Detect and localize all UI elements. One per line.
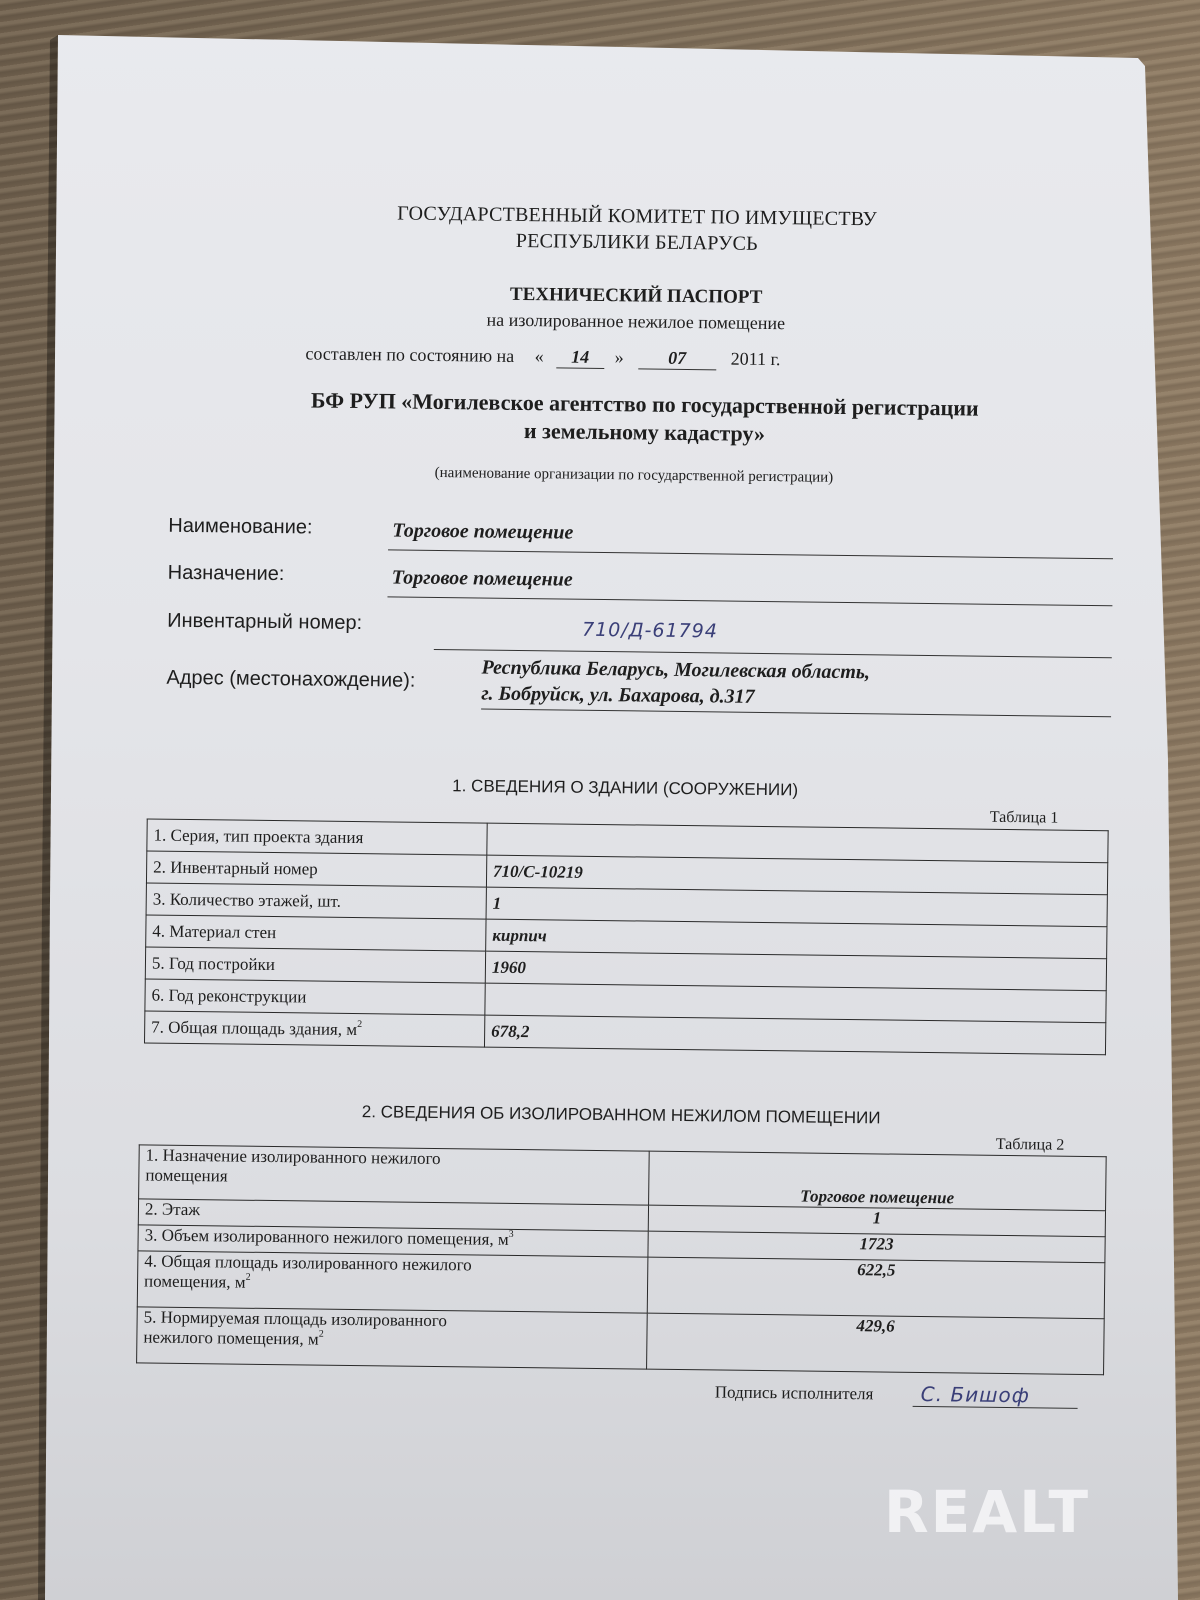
date-year: 2011 г. bbox=[731, 349, 781, 370]
table-1-caption: Таблица 1 bbox=[990, 809, 1059, 828]
row-label: 4. Общая площадь изолированного нежилого… bbox=[137, 1251, 648, 1313]
purpose-label: Назначение: bbox=[168, 562, 285, 586]
date-line: составлен по состоянию на « 14 » 07 2011… bbox=[305, 343, 780, 371]
table-row: 5. Нормируемая площадь изолированногонеж… bbox=[137, 1307, 1105, 1375]
row-label-text: 2. Инвентарный номер bbox=[153, 857, 318, 878]
organization-caption: (наименование организации по государстве… bbox=[304, 463, 964, 488]
realt-watermark-logo: REALT bbox=[884, 1478, 1090, 1546]
row-label-text: 5. Год постройки bbox=[152, 953, 275, 974]
row-value: 429,6 bbox=[647, 1313, 1105, 1375]
row-label-line-1: 2. Этаж bbox=[145, 1199, 642, 1225]
row-label-text: 3. Количество этажей, шт. bbox=[153, 889, 341, 910]
row-label-text: 6. Год реконструкции bbox=[151, 985, 306, 1006]
row-label: 6. Год реконструкции bbox=[145, 979, 485, 1015]
unit-exponent: 2 bbox=[357, 1019, 362, 1030]
unit-exponent: 2 bbox=[319, 1329, 324, 1340]
table-2-caption: Таблица 2 bbox=[996, 1136, 1065, 1155]
row-label-line-1: 3. Объем изолированного нежилого помещен… bbox=[145, 1225, 642, 1251]
document-content: ГОСУДАРСТВЕННЫЙ КОМИТЕТ ПО ИМУЩЕСТВУ РЕС… bbox=[0, 0, 1200, 1600]
row-label: 7. Общая площадь здания, м2 bbox=[144, 1011, 484, 1047]
purpose-field: Торговое помещение bbox=[387, 566, 1112, 606]
row-label: 1. Назначение изолированного нежилогопом… bbox=[139, 1145, 650, 1205]
address-label: Адрес (местонахождение): bbox=[166, 667, 415, 693]
purpose-value: Торговое помещение bbox=[392, 566, 573, 590]
signature-label: Подпись исполнителя bbox=[715, 1382, 874, 1404]
row-label-text: 7. Общая площадь здания, м bbox=[151, 1017, 357, 1039]
inventory-field: 710/Д-61794 bbox=[434, 615, 1112, 658]
section-2-title: 2. СВЕДЕНИЯ ОБ ИЗОЛИРОВАННОМ НЕЖИЛОМ ПОМ… bbox=[146, 1099, 1096, 1131]
date-day: 14 bbox=[556, 346, 604, 369]
row-label: 5. Нормируемая площадь изолированногонеж… bbox=[137, 1307, 648, 1369]
unit-exponent: 2 bbox=[246, 1272, 251, 1283]
date-open-quote: « bbox=[535, 346, 544, 366]
row-value: Торговое помещение bbox=[649, 1151, 1107, 1211]
row-label: 2. Инвентарный номер bbox=[146, 851, 486, 887]
name-field: Торговое помещение bbox=[388, 519, 1113, 559]
date-close-quote: » bbox=[615, 347, 624, 367]
row-label: 4. Материал стен bbox=[146, 915, 486, 951]
premises-info-table: 1. Назначение изолированного нежилогопом… bbox=[136, 1144, 1107, 1375]
section-1-title: 1. СВЕДЕНИЯ О ЗДАНИИ (СООРУЖЕНИИ) bbox=[150, 773, 1100, 805]
document-title: ТЕХНИЧЕСКИЙ ПАСПОРТ bbox=[306, 281, 966, 311]
row-label: 3. Количество этажей, шт. bbox=[146, 883, 486, 919]
document-subtitle: на изолированное нежилое помещение bbox=[306, 307, 966, 336]
committee-heading: ГОСУДАРСТВЕННЫЙ КОМИТЕТ ПО ИМУЩЕСТВУ РЕС… bbox=[307, 199, 968, 259]
row-label: 5. Год постройки bbox=[145, 947, 485, 983]
row-value: 622,5 bbox=[647, 1257, 1105, 1319]
name-value: Торговое помещение bbox=[392, 519, 573, 543]
building-info-table: 1. Серия, тип проекта здания2. Инвентарн… bbox=[144, 818, 1109, 1055]
row-label-text: 1. Серия, тип проекта здания bbox=[153, 825, 363, 847]
row-value: 678,2 bbox=[484, 1015, 1105, 1055]
row-label-text: 4. Материал стен bbox=[152, 921, 276, 942]
address-field: Республика Беларусь, Могилевская область… bbox=[481, 655, 1112, 718]
row-label: 1. Серия, тип проекта здания bbox=[147, 819, 487, 855]
organization-name: БФ РУП «Могилевское агентство по государ… bbox=[204, 385, 1085, 452]
inventory-handwritten-value: 710/Д-61794 bbox=[582, 619, 718, 643]
date-prefix: составлен по состоянию на bbox=[305, 343, 514, 366]
date-month: 07 bbox=[638, 347, 716, 370]
signature-line: С. Бишоф bbox=[913, 1382, 1078, 1409]
inventory-label: Инвентарный номер: bbox=[167, 610, 362, 635]
unit-exponent: 3 bbox=[509, 1229, 514, 1240]
signature-handwritten: С. Бишоф bbox=[921, 1382, 1030, 1407]
name-label: Наименование: bbox=[168, 515, 312, 540]
